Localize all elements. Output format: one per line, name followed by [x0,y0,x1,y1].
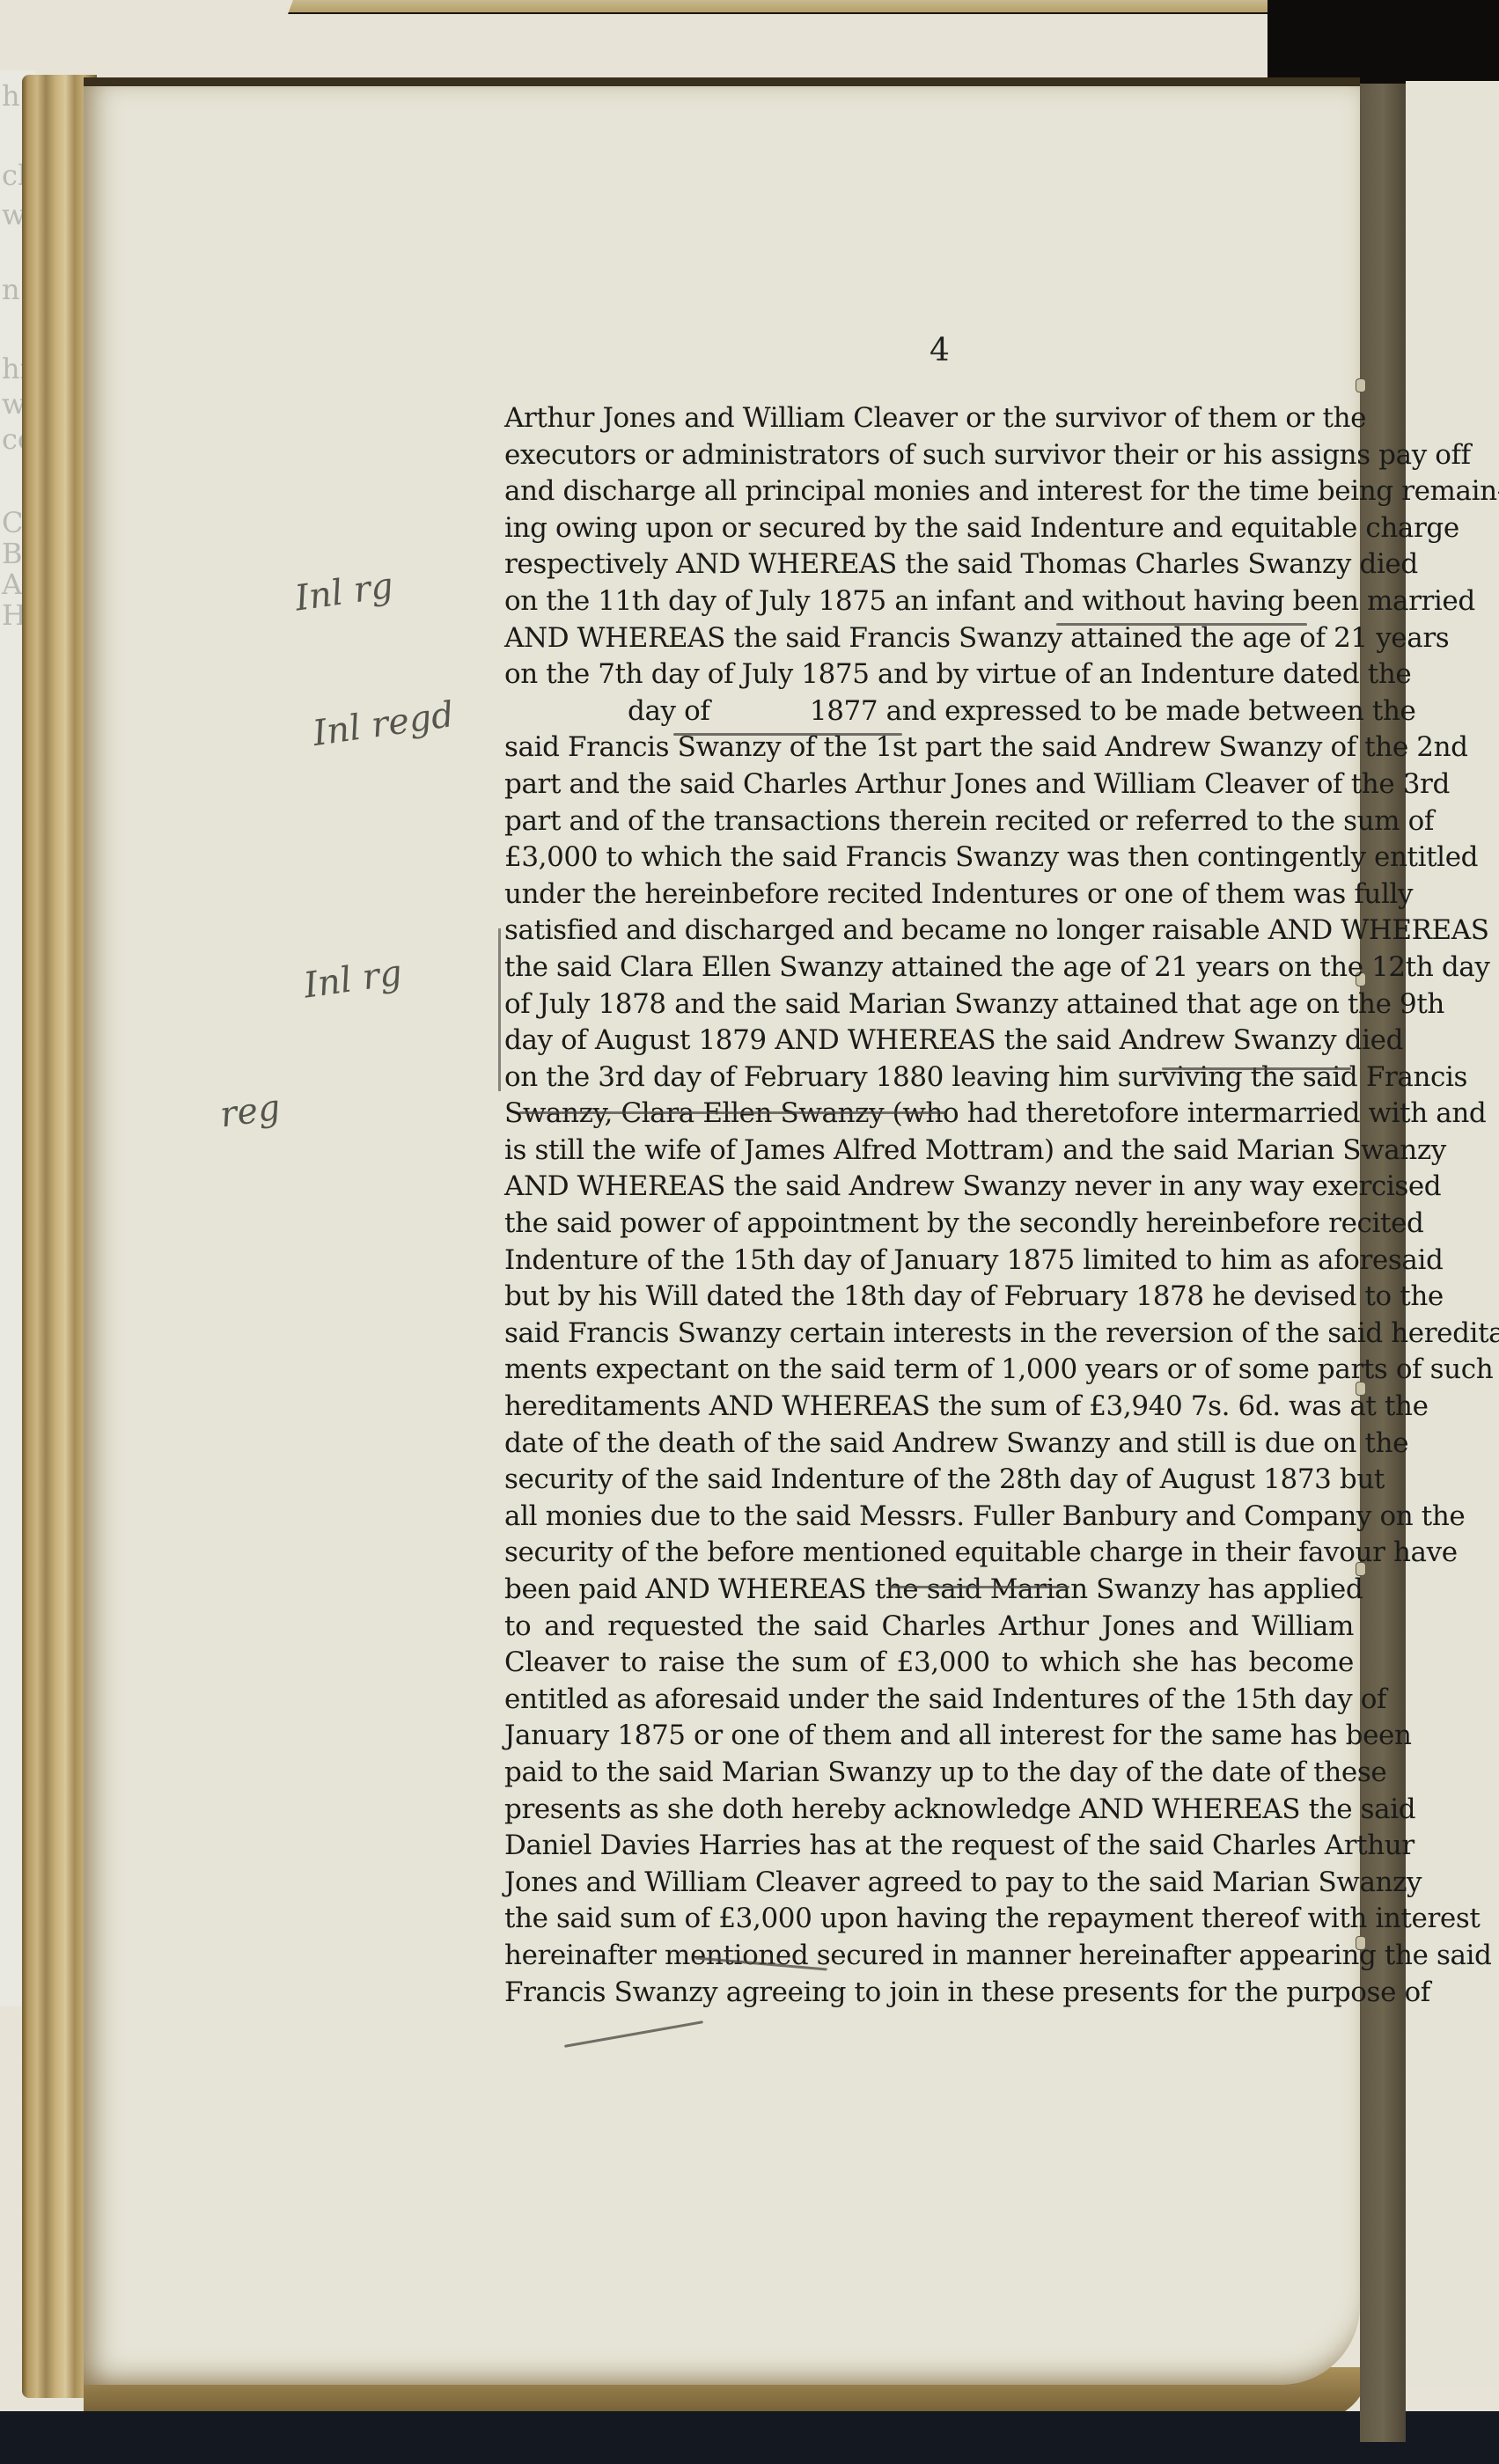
text-line: security of the said Indenture of the 28… [504,1462,1354,1499]
text-line: the said sum of £3,000 upon having the r… [504,1901,1354,1938]
text-line: Indenture of the 15th day of January 187… [504,1243,1354,1280]
text-line: hereditaments AND WHEREAS the sum of £3,… [504,1389,1354,1426]
text-line: respectively AND WHEREAS the said Thomas… [504,546,1354,583]
text-line: of July 1878 and the said Marian Swanzy … [504,986,1354,1023]
text-line: satisfied and discharged and became no l… [504,913,1354,950]
ghost-text: h [2,79,20,113]
text-line: executors or administrators of such surv… [504,437,1354,474]
text-line: presents as she doth hereby acknowledge … [504,1792,1354,1829]
text-line: hereinafter mentioned secured in manner … [504,1938,1354,1975]
text-line: ing owing upon or secured by the said In… [504,510,1354,547]
text-line: part and the said Charles Arthur Jones a… [504,766,1354,803]
text-line: but by his Will dated the 18th day of Fe… [504,1279,1354,1316]
previous-page-top-edge [288,0,1279,14]
handwritten-margin-note: reg [217,1087,283,1135]
text-line: Cleaver to raise the sum of £3,000 to wh… [504,1645,1354,1682]
text-line-blank-date: day of 1877 and expressed to be made bet… [504,693,1354,730]
text-line: the said power of appointment by the sec… [504,1206,1354,1243]
binding-stitch [1356,378,1366,392]
pencil-underline [519,1111,946,1114]
text-line: all monies due to the said Messrs. Fulle… [504,1499,1354,1536]
text-line: on the 7th day of July 1875 and by virtu… [504,656,1354,693]
pencil-margin-line [498,928,501,1091]
text-line: is still the wife of James Alfred Mottra… [504,1133,1354,1170]
text-line: part and of the transactions therein rec… [504,803,1354,840]
page-number: 4 [930,333,950,369]
pencil-underline [673,733,902,736]
text-line: under the hereinbefore recited Indenture… [504,876,1354,913]
text-line: said Francis Swanzy of the 1st part the … [504,730,1354,766]
text-line: the said Clara Ellen Swanzy attained the… [504,950,1354,986]
scan-background-dark [1268,0,1499,84]
document-body: Arthur Jones and William Cleaver or the … [504,400,1354,2011]
pencil-underline [1162,1067,1351,1070]
text-line: Francis Swanzy agreeing to join in these… [504,1975,1354,2012]
text-line: paid to the said Marian Swanzy up to the… [504,1755,1354,1792]
ghost-text: n [2,273,20,306]
text-line: January 1875 or one of them and all inte… [504,1718,1354,1755]
pencil-underline [889,1586,1069,1588]
text-line: ments expectant on the said term of 1,00… [504,1352,1354,1389]
text-line: Daniel Davies Harries has at the request… [504,1828,1354,1865]
text-line: Jones and William Cleaver agreed to pay … [504,1865,1354,1902]
text-line: and discharge all principal monies and i… [504,473,1354,510]
text-line: on the 3rd day of February 1880 leaving … [504,1060,1354,1096]
text-line: AND WHEREAS the said Andrew Swanzy never… [504,1169,1354,1206]
text-line: Arthur Jones and William Cleaver or the … [504,400,1354,437]
text-line: Swanzy, Clara Ellen Swanzy (who had ther… [504,1096,1354,1133]
text-line: day of August 1879 AND WHEREAS the said … [504,1023,1354,1060]
text-line: been paid AND WHEREAS the said Marian Sw… [504,1572,1354,1609]
text-line: to and requested the said Charles Arthur… [504,1609,1354,1646]
text-line: said Francis Swanzy certain interests in… [504,1316,1354,1353]
text-line: entitled as aforesaid under the said Ind… [504,1682,1354,1719]
text-line: £3,000 to which the said Francis Swanzy … [504,840,1354,876]
pencil-underline [1056,623,1307,626]
text-line: on the 11th day of July 1875 an infant a… [504,583,1354,620]
text-line: date of the death of the said Andrew Swa… [504,1426,1354,1463]
background-cloth [0,2411,1499,2464]
text-line: security of the before mentioned equitab… [504,1535,1354,1572]
